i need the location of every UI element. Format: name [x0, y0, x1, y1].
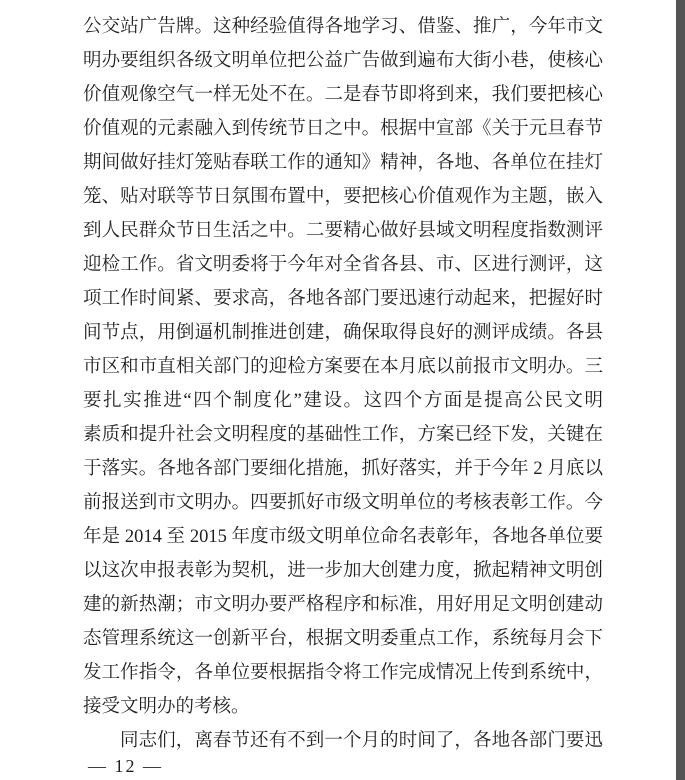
text-line: 年是 2014 至 2015 年度市级文明单位命名表彰年，各地各单位要	[83, 520, 603, 554]
text-line: 以这次申报表彰为契机，进一步加大创建力度，掀起精神文明创	[83, 554, 603, 588]
text-line: 价值观像空气一样无处不在。二是春节即将到来，我们要把核心	[83, 78, 603, 112]
document-page: 公交站广告牌。这种经验值得各地学习、借鉴、推广，今年市文明办要组织各级文明单位把…	[0, 0, 685, 780]
text-line: 明办要组织各级文明单位把公益广告做到遍布大街小巷，使核心	[83, 44, 603, 78]
text-line: 前报送到市文明办。四要抓好市级文明单位的考核表彰工作。今	[83, 486, 603, 520]
text-line: 笼、贴对联等节日氛围布置中，要把核心价值观作为主题，嵌入	[83, 180, 603, 214]
text-line: 到人民群众节日生活之中。二要精心做好县域文明程度指数测评	[83, 214, 603, 248]
document-text-block: 公交站广告牌。这种经验值得各地学习、借鉴、推广，今年市文明办要组织各级文明单位把…	[83, 10, 603, 758]
text-line: 态管理系统这一创新平台，根据文明委重点工作，系统每月会下	[83, 622, 603, 656]
text-line: 迎检工作。省文明委将于今年对全省各县、市、区进行测评，这	[83, 248, 603, 282]
text-line: 建的新热潮；市文明办要严格程序和标准，用好用足文明创建动	[83, 588, 603, 622]
text-line: 于落实。各地各部门要细化措施，抓好落实，并于今年 2 月底以	[83, 452, 603, 486]
text-line: 期间做好挂灯笼贴春联工作的通知》精神，各地、各单位在挂灯	[83, 146, 603, 180]
text-line: 间节点，用倒逼机制推进创建，确保取得良好的测评成绩。各县	[83, 316, 603, 350]
text-line: 项工作时间紧、要求高，各地各部门要迅速行动起来，把握好时	[83, 282, 603, 316]
scan-edge-shadow	[676, 0, 685, 780]
text-line: 市区和市直相关部门的迎检方案要在本月底以前报市文明办。三	[83, 350, 603, 384]
text-line: 价值观的元素融入到传统节日之中。根据中宣部《关于元旦春节	[83, 112, 603, 146]
text-line: 要扎实推进“四个制度化”建设。这四个方面是提高公民文明	[83, 384, 603, 418]
text-line: 接受文明办的考核。	[83, 690, 603, 724]
text-line: 公交站广告牌。这种经验值得各地学习、借鉴、推广，今年市文	[83, 10, 603, 44]
text-line: 同志们，离春节还有不到一个月的时间了，各地各部门要迅	[83, 724, 603, 758]
page-number: — 12 —	[88, 755, 163, 777]
text-line: 发工作指令，各单位要根据指令将工作完成情况上传到系统中，	[83, 656, 603, 690]
text-line: 素质和提升社会文明程度的基础性工作，方案已经下发，关键在	[83, 418, 603, 452]
